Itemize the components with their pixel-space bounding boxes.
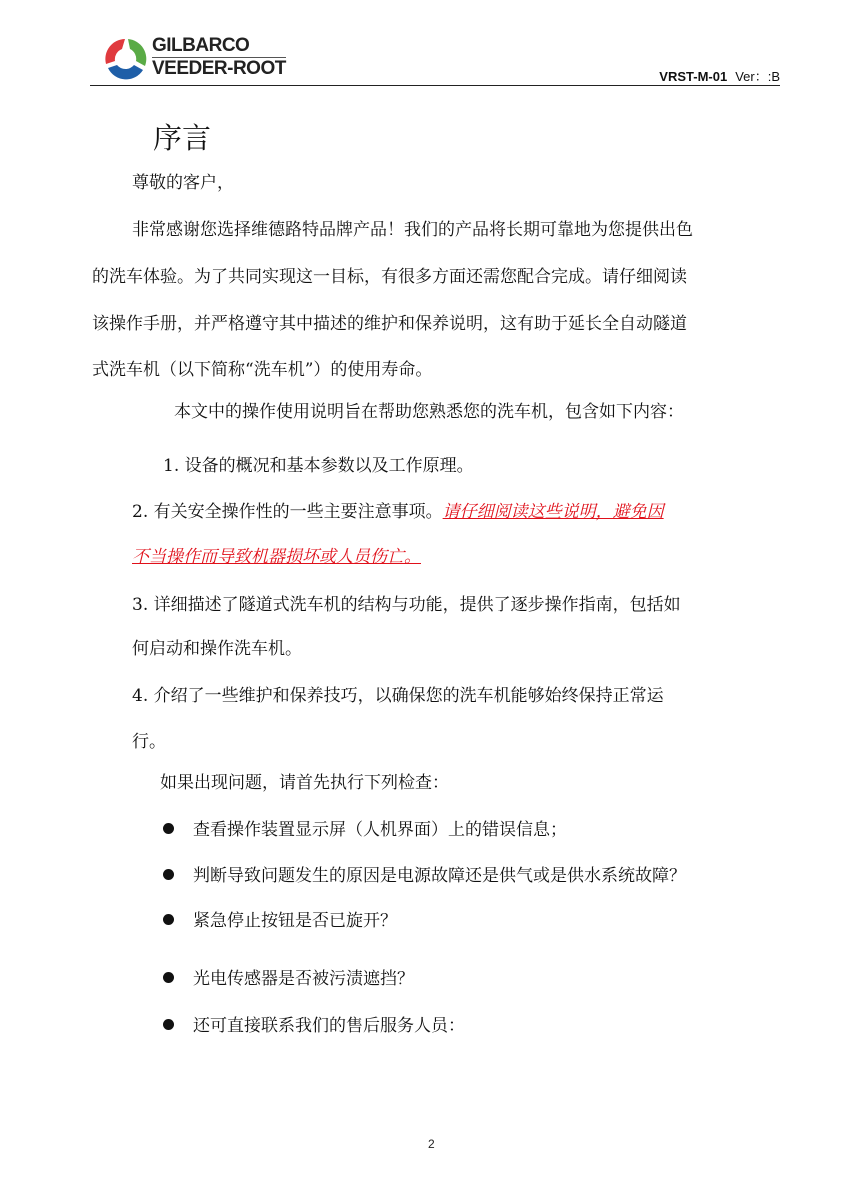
document-id: VRST-M-01Ver：:B (659, 66, 780, 85)
check-item: 查看操作装置显示屏（人机界面）上的错误信息； (163, 821, 567, 839)
intro-line-4: 式洗车机（以下简称“洗车机”）的使用寿命。 (92, 361, 782, 379)
brand-line-1: GILBARCO (152, 36, 286, 55)
check-item: 还可直接联系我们的售后服务人员： (163, 1017, 465, 1035)
list-item-3: 3. 详细描述了隧道式洗车机的结构与功能，提供了逐步操作指南，包括如 (132, 596, 822, 614)
document-version: Ver：:B (735, 69, 780, 84)
bullet-icon (163, 823, 174, 834)
bullet-icon (163, 869, 174, 880)
brand-line-2: VEEDER-ROOT (152, 57, 286, 78)
bullet-icon (163, 914, 174, 925)
list-item-2-cont: 不当操作而导致机器损坏或人员伤亡。 (132, 548, 822, 566)
page-number: 2 (428, 1137, 435, 1151)
bullet-icon (163, 972, 174, 983)
intro-line-2: 的洗车体验。为了共同实现这一目标，有很多方面还需您配合完成。请仔细阅读 (92, 268, 782, 286)
list-item-1: 1. 设备的概况和基本参数以及工作原理。 (163, 457, 849, 475)
greeting: 尊敬的客户， (132, 174, 822, 192)
document-code: VRST-M-01 (659, 69, 727, 84)
bullet-icon (163, 1019, 174, 1030)
page-header: GILBARCO VEEDER-ROOT VRST-M-01Ver：:B (90, 30, 780, 86)
list-item-3-cont: 何启动和操作洗车机。 (132, 640, 822, 658)
page-title: 序言 (153, 116, 211, 157)
contents-intro: 本文中的操作使用说明旨在帮助您熟悉您的洗车机，包含如下内容： (174, 403, 849, 421)
intro-line-1: 非常感谢您选择维德路特品牌产品！我们的产品将长期可靠地为您提供出色 (132, 221, 822, 239)
check-item: 判断导致问题发生的原因是电源故障还是供气或是供水系统故障？ (163, 867, 686, 885)
header-divider (90, 85, 780, 86)
checks-intro: 如果出现问题，请首先执行下列检查： (160, 774, 849, 792)
gilbarco-logo-icon (102, 36, 148, 82)
list-item-2: 2. 有关安全操作性的一些主要注意事项。请仔细阅读这些说明，避免因 (132, 503, 822, 521)
list-item-2-text: 2. 有关安全操作性的一些主要注意事项。 (132, 502, 443, 522)
safety-warning-cont: 不当操作而导致机器损坏或人员伤亡。 (132, 547, 421, 567)
safety-warning: 请仔细阅读这些说明，避免因 (443, 502, 664, 522)
brand-wordmark: GILBARCO VEEDER-ROOT (152, 36, 286, 78)
list-item-4-cont: 行。 (132, 733, 822, 751)
list-item-4: 4. 介绍了一些维护和保养技巧，以确保您的洗车机能够始终保持正常运 (132, 687, 822, 705)
check-item: 光电传感器是否被污渍遮挡？ (163, 970, 414, 988)
intro-line-3: 该操作手册，并严格遵守其中描述的维护和保养说明，这有助于延长全自动隧道 (92, 315, 782, 333)
check-item: 紧急停止按钮是否已旋开？ (163, 912, 397, 930)
